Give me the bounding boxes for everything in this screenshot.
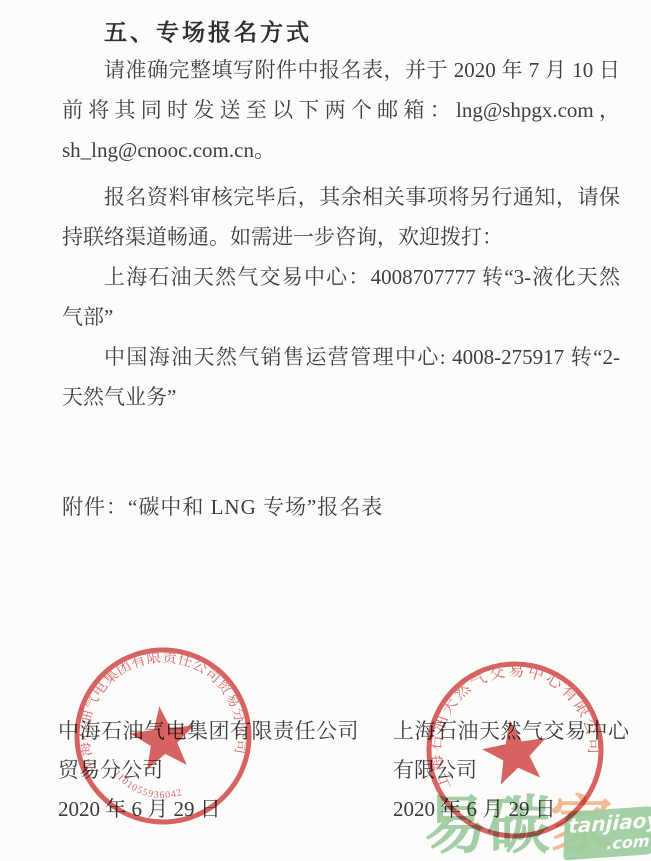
text-line-shpgx-phone: 上海石油天然气交易中心：4008707777 转“3-液化天然 — [62, 257, 620, 297]
org-name-line: 上海石油天然气交易中心 — [393, 712, 651, 751]
watermark-char: 碳 — [487, 793, 550, 859]
paragraph-registration: 请准确完整填写附件中报名表，并于 2020 年 7 月 10 日 前将其同时发送… — [62, 50, 620, 170]
text-line-email: sh_lng@cnooc.com.cn。 — [62, 130, 620, 170]
document-page: 五、专场报名方式 请准确完整填写附件中报名表，并于 2020 年 7 月 10 … — [0, 0, 651, 861]
org-name-line: 有限公司 — [393, 751, 651, 790]
text-line: 气部” — [62, 297, 620, 337]
watermark-domain-badge: tanjiaoyi .com — [563, 806, 651, 861]
signature-block-cnooc: 中海石油气电集团有限责任公司 贸易分公司 2020 年 6 月 29 日 — [58, 712, 398, 829]
signature-date: 2020 年 6 月 29 日 — [58, 790, 398, 829]
text-line: 天然气业务” — [62, 377, 620, 417]
paragraph-contact: 报名资料审核完毕后，其余相关事项将另行通知，请保 持联络渠道畅通。如需进一步咨询… — [62, 177, 620, 417]
text-line: 请准确完整填写附件中报名表，并于 2020 年 7 月 10 日 — [62, 50, 620, 90]
text-line: 持联络渠道畅通。如需进一步咨询，欢迎拨打： — [62, 217, 620, 257]
text-line: 报名资料审核完毕后，其余相关事项将另行通知，请保 — [62, 177, 620, 217]
site-watermark-tanjiaoyi: 易 碳 家 tanjiaoyi .com — [424, 793, 613, 861]
org-name-line: 中海石油气电集团有限责任公司 — [58, 712, 398, 751]
watermark-char: 易 — [424, 793, 487, 859]
org-name-line: 贸易分公司 — [58, 751, 398, 790]
text-line: 前将其同时发送至以下两个邮箱：lng@shpgx.com， — [62, 90, 620, 130]
text-line-cnooc-phone: 中国海油天然气销售运营管理中心: 4008-275917 转“2- — [62, 337, 620, 377]
attachment-line: 附件：“碳中和 LNG 专场”报名表 — [62, 487, 620, 527]
section-heading: 五、专场报名方式 — [104, 14, 312, 47]
document-body: 请准确完整填写附件中报名表，并于 2020 年 7 月 10 日 前将其同时发送… — [62, 50, 620, 527]
